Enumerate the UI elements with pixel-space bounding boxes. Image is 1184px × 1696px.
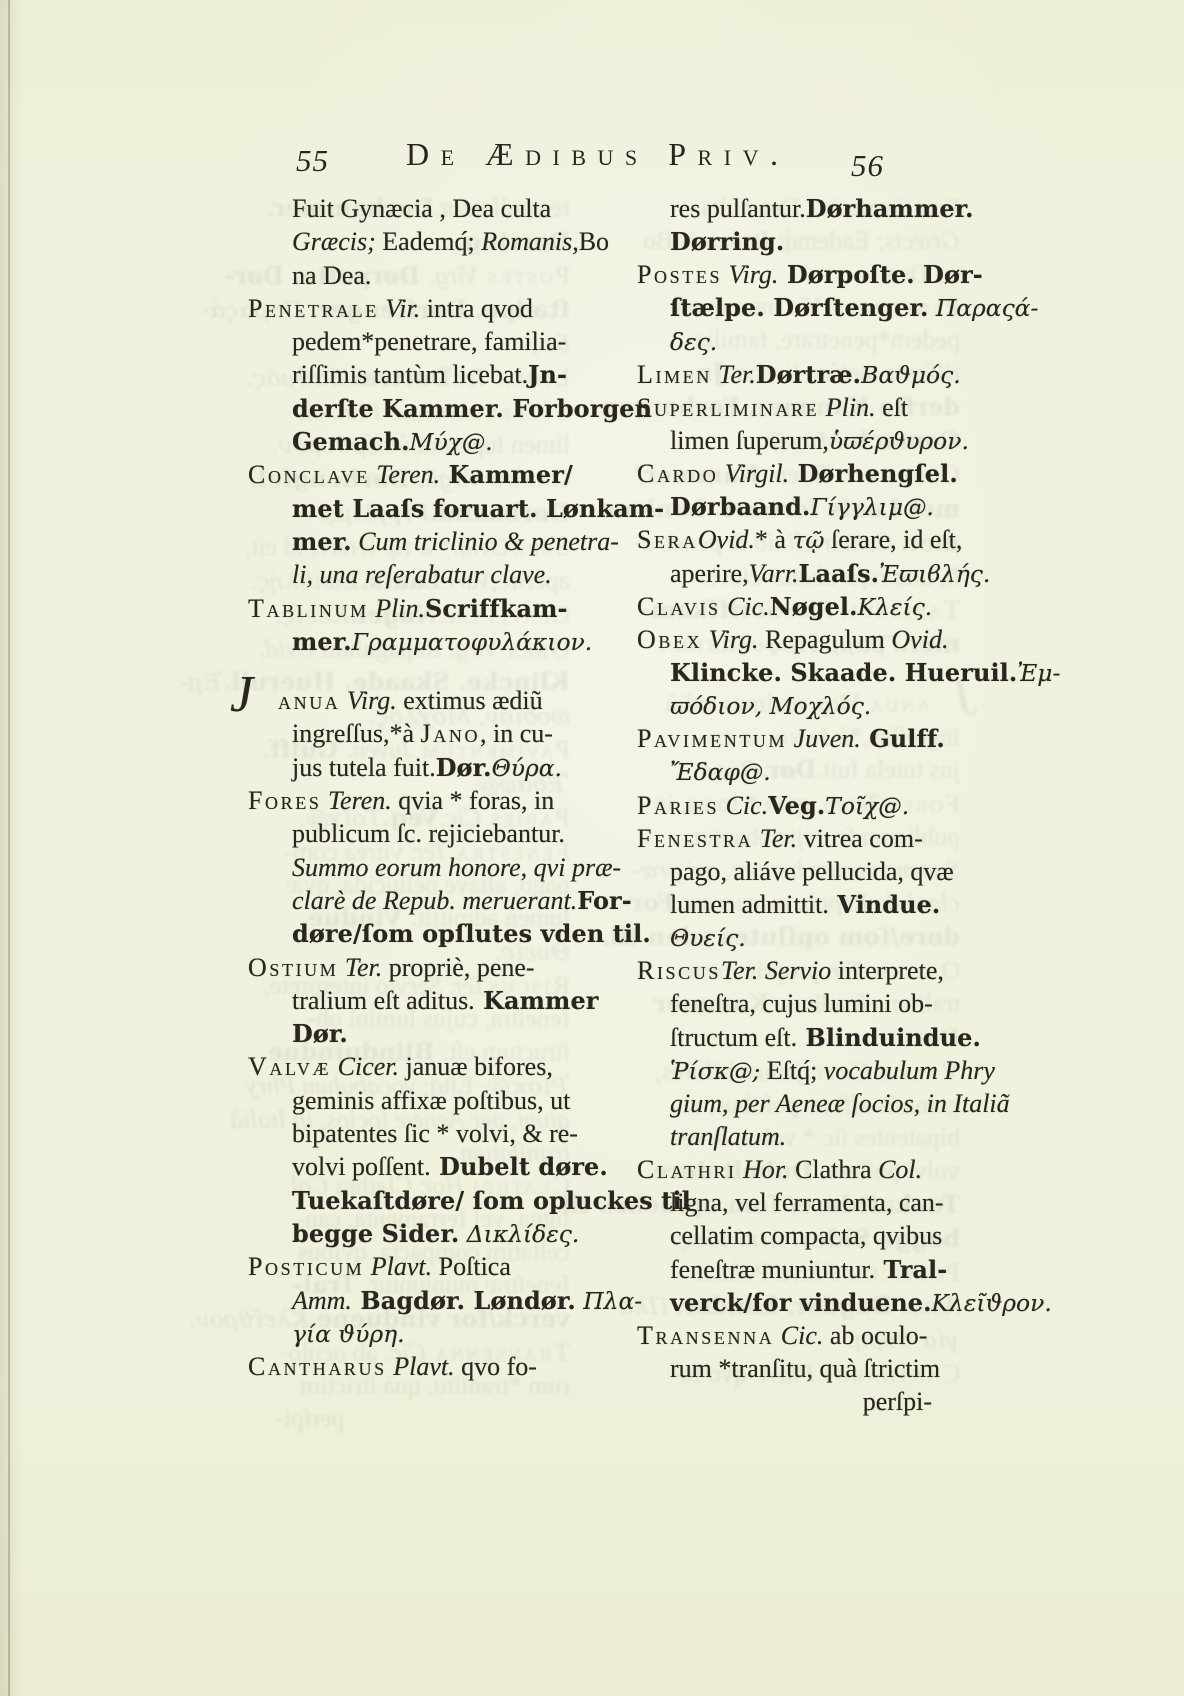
text-line: Pavimentum Juven. Gulff. [637, 722, 982, 755]
greek-text: Κλεῖϑρον. [932, 1289, 1052, 1317]
italic-text: Varr. [749, 559, 799, 588]
text-line: Transenna Cic. ab oculo- [637, 1319, 982, 1352]
headword-smallcaps: Pavimentum [637, 724, 787, 753]
fraktur-text: Dør. [436, 754, 492, 782]
headword-smallcaps: Posticum [248, 1252, 364, 1281]
italic-text: Juven. [787, 724, 861, 753]
roman-text: vitrea com- [797, 824, 923, 853]
text-line: Fenestra Ter. vitrea com- [637, 822, 982, 855]
italic-text: Teren. [370, 460, 440, 489]
fraktur-text: Dørhengſel. [789, 460, 958, 488]
italic-text: Ter. [712, 360, 756, 389]
text-line: rum *tranſitu, quà ſtrictim [637, 1352, 982, 1385]
text-line: Fuit Gynæcia , Dea culta [248, 192, 608, 225]
fraktur-text: Veg. [768, 792, 825, 820]
headword-smallcaps: Clathri [637, 1155, 737, 1184]
italic-text: Summo eorum honore, qvi præ- [292, 853, 621, 882]
text-line: SeraOvid.* à τῷ ſerare, id eſt, [637, 523, 982, 556]
italic-text: Ter. [338, 953, 382, 982]
text-line: ingreſſus,*à Jano, in cu- [248, 717, 608, 750]
italic-text: vocabulum Phry [817, 1056, 995, 1085]
greek-text: Ἔδαφ@. [670, 758, 771, 786]
roman-text: , in cu- [480, 719, 553, 748]
text-line: clarè de Repub. meruerant.For- [248, 884, 608, 917]
text-line: Paries Cic.Veg.Τοῖχ@. [637, 789, 982, 822]
text-line: Klincke. Skaade. Hueruil.Ἐμ- [637, 656, 982, 689]
roman-text: ſerare, id eſt, [824, 525, 962, 554]
italic-text: Vir. [379, 294, 420, 323]
fraktur-text: Gemach. [292, 428, 410, 456]
text-line: ſtælpe. Dørſtenger. Παραςά- [637, 291, 982, 324]
roman-text: ligna, vel ferramenta, can- [670, 1188, 944, 1217]
text-line: Ἔδαφ@. [637, 755, 982, 788]
text-line: Gemach.Μύχ@. [248, 425, 608, 458]
text-line: Conclave Teren. Kammer/ [248, 458, 608, 491]
headword-smallcaps: Jano [421, 719, 481, 748]
greek-text: Βαϑμός. [861, 361, 961, 389]
headword-smallcaps: Valvæ [248, 1052, 331, 1081]
text-line: Postes Virg. Dørpoſte. Dør- [637, 258, 982, 291]
fraktur-text: For- [577, 887, 632, 915]
text-line: verck/for vinduene.Κλεῖϑρον. [637, 1286, 982, 1319]
headword-smallcaps: Penetrale [248, 294, 379, 323]
fraktur-text: Scriffkam- [425, 595, 568, 623]
greek-text: γία ϑύρη. [292, 1320, 405, 1348]
book-page: Fuit Gynæcia , Dea cultaGræcis; Eademq́;… [0, 0, 1184, 1696]
text-line: perſpi- [637, 1385, 982, 1418]
roman-text: feneſtra, cujus lumini ob- [670, 989, 933, 1018]
text-line: Tuekaſtdøre/ ſom opluckes til [248, 1184, 608, 1217]
text-line: ligna, vel ferramenta, can- [637, 1186, 982, 1219]
text-line: Superliminare Plin. eſt [637, 391, 982, 424]
italic-text: Ter. [753, 824, 797, 853]
headword-smallcaps: Postes [637, 260, 722, 289]
greek-text: Τοῖχ@. [825, 792, 909, 820]
text-line: døre/ſom opſlutes vden til. [248, 917, 608, 950]
roman-text: Bo [579, 227, 609, 256]
fraktur-text: Vindue. [829, 891, 941, 919]
greek-text: δες. [670, 328, 717, 356]
roman-text: ab oculo- [823, 1321, 927, 1350]
text-line: cellatim compacta, qvibus [637, 1219, 982, 1252]
text-line: begge Sider. Δικλίδες. [248, 1217, 608, 1250]
roman-text: Clathra [789, 1155, 879, 1184]
text-line: Valvæ Cicer. januæ bifores, [248, 1050, 608, 1083]
fraktur-text: Tuekaſtdøre/ ſom opluckes til [292, 1187, 691, 1215]
text-line: Ῥίσκ@; Eſtq́; vocabulum Phry [637, 1054, 982, 1087]
text-line: li, una reſerabatur clave. [248, 558, 608, 591]
fraktur-text: Tral- [875, 1256, 947, 1284]
headword-smallcaps: Tablinum [248, 594, 369, 623]
text-column-left: Fuit Gynæcia , Dea cultaGræcis; Eademq́;… [248, 192, 608, 1383]
text-line: Θυείς. [637, 921, 982, 954]
italic-text: Plin. [819, 393, 875, 422]
roman-text: eſt [876, 393, 909, 422]
fraktur-text: begge Sider. [292, 1220, 459, 1248]
text-line: na Dea. [248, 259, 608, 292]
italic-text: Ovid. [891, 625, 948, 654]
headword-smallcaps: Paries [637, 791, 719, 820]
roman-text: res pulſantur. [670, 194, 806, 223]
roman-text: volvi poſſent. [292, 1152, 431, 1181]
italic-text: Cic. [774, 1321, 823, 1350]
text-line: δες. [637, 325, 982, 358]
text-column-right: res pulſantur.Dørhammer.Dørring.Postes V… [637, 192, 982, 1418]
roman-text: Eademq́; [376, 227, 475, 256]
fraktur-text: Bagdør. Løndør. [352, 1287, 576, 1315]
greek-text: Ῥίσκ@; [670, 1057, 760, 1085]
fraktur-text: Kammer [475, 987, 599, 1015]
italic-text: Cicer. [331, 1052, 399, 1081]
text-line: lumen admittit. Vindue. [637, 888, 982, 921]
roman-text: ſtructum eſt. [670, 1023, 797, 1052]
roman-text: extimus ædiũ [397, 686, 543, 715]
greek-text: Μύχ@. [410, 428, 493, 456]
headword-smallcaps: Conclave [248, 460, 370, 489]
text-line: limen ſuperum,ὑϖέρϑυρον. [637, 424, 982, 457]
fraktur-text: derſte Kammer. Forborgen [292, 395, 652, 423]
roman-text: perſpi- [863, 1387, 932, 1416]
greek-text: Γραμματοφυλάκιον. [352, 628, 592, 656]
text-line: pedem*penetrare, familia- [248, 325, 608, 358]
headword-smallcaps: Ostium [248, 953, 338, 982]
fraktur-text: Dør. [292, 1020, 348, 1048]
fraktur-text: Kammer/ [440, 461, 573, 489]
greek-text: τῷ [792, 526, 824, 554]
italic-text: Hor. [737, 1155, 789, 1184]
greek-text: Πλα- [576, 1287, 642, 1315]
roman-text: januæ bifores, [399, 1052, 553, 1081]
text-line: Dørbaand.Γίγγλιμ@. [637, 490, 982, 523]
roman-text: geminis affixæ poſtibus, ut [292, 1086, 570, 1115]
text-line: ſtructum eſt. Blinduindue. [637, 1021, 982, 1054]
fraktur-text: Dørbaand. [670, 493, 810, 521]
headword-smallcaps: Obex [637, 625, 702, 654]
roman-text: jus tutela fuit. [292, 753, 436, 782]
text-line: Dørring. [637, 225, 982, 258]
text-line: Ostium Ter. propriè, pene- [248, 951, 608, 984]
fraktur-text: verck/for vinduene. [670, 1289, 932, 1317]
headword-smallcaps: Fenestra [637, 824, 753, 853]
headword-smallcaps: Sera [637, 525, 698, 554]
italic-text: Cum triclinio & penetra- [352, 527, 619, 556]
italic-text: tranſlatum. [670, 1122, 786, 1151]
text-line: RiscusTer. Servio interprete, [637, 954, 982, 987]
fraktur-text: Laaſs. [799, 560, 880, 588]
roman-text: rum *tranſitu, quà ſtrictim [670, 1354, 940, 1383]
headword-smallcaps: Clavis [637, 592, 721, 621]
running-title: De Ædibus Priv. [0, 136, 1184, 173]
fraktur-text: Klincke. Skaade. Hueruil. [670, 659, 1017, 687]
text-line: publicum ſc. rejiciebantur. [248, 817, 608, 850]
text-line: Fores Teren. qvia * foras, in [248, 784, 608, 817]
ghost-text-line: perſpi- [225, 1402, 570, 1435]
italic-text: Amm. [292, 1286, 352, 1315]
italic-text: Cic. [721, 592, 770, 621]
text-line: Limen Ter.Dørtræ.Βαϑμός. [637, 358, 982, 391]
greek-text: Παραςά- [928, 294, 1038, 322]
roman-text: perſpi- [275, 1404, 344, 1433]
fraktur-text: døre/ſom opſlutes vden til. [292, 920, 651, 948]
text-line: bipatentes ſic * volvi, & re- [248, 1117, 608, 1150]
text-line: aperire,Varr.Laaſs.Ἐϖιϐλής. [637, 557, 982, 590]
roman-text: tralium eſt aditus. [292, 986, 475, 1015]
headword-smallcaps: Cardo [637, 459, 718, 488]
roman-text: Repagulum [759, 625, 892, 654]
text-line: Cardo Virgil. Dørhengſel. [637, 457, 982, 490]
roman-text: publicum ſc. rejiciebantur. [292, 819, 565, 848]
text-line: res pulſantur.Dørhammer. [637, 192, 982, 225]
text-line: ϖόδιον, Μοχλός. [637, 689, 982, 722]
text-line: met Laaſs foruart. Lønkam- [248, 492, 608, 525]
swash-initial: J [230, 678, 253, 711]
fraktur-text: Dubelt døre. [431, 1153, 608, 1181]
italic-text: Romanis, [475, 227, 579, 256]
roman-text: bipatentes ſic * volvi, & re- [292, 1119, 578, 1148]
headword-smallcaps: Cantharus [248, 1352, 387, 1381]
text-line: mer.Γραμματοφυλάκιον. [248, 625, 608, 658]
headword-smallcaps: Superliminare [637, 393, 819, 422]
greek-text: ὑϖέρϑυρον. [829, 427, 969, 455]
text-line: Posticum Plavt. Poſtica [248, 1250, 608, 1283]
fraktur-text: Dørtræ. [756, 361, 861, 389]
greek-text: Κλείς. [858, 593, 933, 621]
text-line: mer. Cum triclinio & penetra- [248, 525, 608, 558]
fraktur-text: mer. [292, 528, 352, 556]
fraktur-text: mer. [292, 628, 352, 656]
text-line: Obex Virg. Repagulum Ovid. [637, 623, 982, 656]
text-line: Clathri Hor. Clathra Col. [637, 1153, 982, 1186]
roman-text: pedem*penetrare, familia- [292, 327, 566, 356]
roman-text: cellatim compacta, qvibus [670, 1221, 942, 1250]
text-line: volvi poſſent. Dubelt døre. [248, 1150, 608, 1183]
roman-text: intra qvod [420, 294, 533, 323]
headword-smallcaps: Fores [248, 786, 321, 815]
italic-text: Teren. [321, 786, 391, 815]
text-line: feneſtra, cujus lumini ob- [637, 987, 982, 1020]
fraktur-text: ſtælpe. Dørſtenger. [670, 294, 928, 322]
text-line: jus tutela fuit.Dør.Θύρα. [248, 751, 608, 784]
text-line: Clavis Cic.Nøgel.Κλείς. [637, 590, 982, 623]
text-line: Dør. [248, 1017, 608, 1050]
fraktur-text: Jn- [528, 361, 567, 389]
italic-text: clarè de Repub. meruerant. [292, 886, 577, 915]
roman-text: interprete, [831, 956, 944, 985]
headword-smallcaps: Transenna [637, 1321, 774, 1350]
text-line: Cantharus Plavt. qvo fo- [248, 1350, 608, 1383]
italic-text: Cic. [719, 791, 768, 820]
greek-text: Ἐμ- [180, 668, 223, 696]
roman-text: limen ſuperum, [670, 426, 829, 455]
paper-edge-line [8, 0, 10, 1696]
text-line: feneſtræ muniuntur. Tral- [637, 1253, 982, 1286]
text-line: geminis affixæ poſtibus, ut [248, 1084, 608, 1117]
roman-text: propriè, pene- [382, 953, 534, 982]
italic-text: Virg. [340, 686, 396, 715]
text-line: Janua Virg. extimus ædiũ [248, 684, 608, 717]
page-number-right: 56 [851, 148, 884, 184]
roman-text: aperire, [670, 559, 749, 588]
fraktur-text: met Laaſs foruart. Lønkam- [292, 495, 664, 523]
fraktur-text: Dørpoſte. Dør- [778, 261, 982, 289]
italic-text: Plin. [369, 594, 425, 623]
italic-text: gium, per Aeneæ ſocios, in Italiã [670, 1089, 1010, 1118]
text-line: riſſimis tantùm licebat.Jn- [248, 358, 608, 391]
roman-text: na Dea. [292, 261, 371, 290]
text-line: Tablinum Plin.Scriffkam- [248, 592, 608, 625]
text-line: Amm. Bagdør. Løndør. Πλα- [248, 1284, 608, 1317]
text-line: tranſlatum. [637, 1120, 982, 1153]
roman-text: qvia * foras, in [392, 786, 554, 815]
italic-text: Ovid. [698, 525, 755, 554]
roman-text: pago, aliáve pellucida, qvæ [670, 857, 954, 886]
greek-text: Ἐμ- [1017, 659, 1060, 687]
roman-text: riſſimis tantùm licebat. [292, 360, 528, 389]
roman-text: qvo fo- [455, 1352, 537, 1381]
greek-text: Δικλίδες. [459, 1220, 579, 1248]
greek-text: ϖόδιον, Μοχλός. [670, 692, 871, 720]
greek-text: Θύρα. [492, 754, 562, 782]
greek-text: Θυείς. [670, 924, 746, 952]
text-line: derſte Kammer. Forborgen [248, 392, 608, 425]
roman-text: lumen admittit. [670, 890, 829, 919]
roman-text: Fuit Gynæcia , Dea culta [292, 194, 551, 223]
roman-text: * à [755, 525, 793, 554]
fraktur-text: Blinduindue. [797, 1024, 981, 1052]
greek-text: Γίγγλιμ@. [810, 493, 933, 521]
italic-text: Plavt. [364, 1252, 432, 1281]
text-line: Summo eorum honore, qvi præ- [248, 851, 608, 884]
headword-smallcaps: anua [278, 686, 340, 715]
greek-text: Ἐϖιϐλής. [879, 560, 990, 588]
roman-text: feneſtræ muniuntur. [670, 1255, 875, 1284]
fraktur-text: Gulff. [861, 725, 945, 753]
italic-text: Græcis; [292, 227, 376, 256]
text-line: gium, per Aeneæ ſocios, in Italiã [637, 1087, 982, 1120]
fraktur-text: Dørring. [670, 228, 784, 256]
text-line: Græcis; Eademq́; Romanis,Bo [248, 225, 608, 258]
text-line: pago, aliáve pellucida, qvæ [637, 855, 982, 888]
italic-text: li, una reſerabatur clave. [292, 560, 552, 589]
text-line: tralium eſt aditus. Kammer [248, 984, 608, 1017]
italic-text: Col. [878, 1155, 922, 1184]
italic-text: Virg. [722, 260, 778, 289]
headword-smallcaps: Riscus [637, 956, 721, 985]
headword-smallcaps: Limen [637, 360, 712, 389]
roman-text: Eſtq́; [760, 1056, 817, 1085]
italic-text: Plavt. [387, 1352, 455, 1381]
roman-text: Poſtica [432, 1252, 511, 1281]
text-line: γία ϑύρη. [248, 1317, 608, 1350]
italic-text: Ter. Servio [721, 956, 831, 985]
fraktur-text: Nøgel. [770, 593, 858, 621]
text-line: Penetrale Vir. intra qvod [248, 292, 608, 325]
italic-text: Virgil. [718, 459, 789, 488]
fraktur-text: Dørhammer. [806, 195, 974, 223]
italic-text: Virg. [702, 625, 758, 654]
roman-text: ingreſſus,*à [292, 719, 421, 748]
